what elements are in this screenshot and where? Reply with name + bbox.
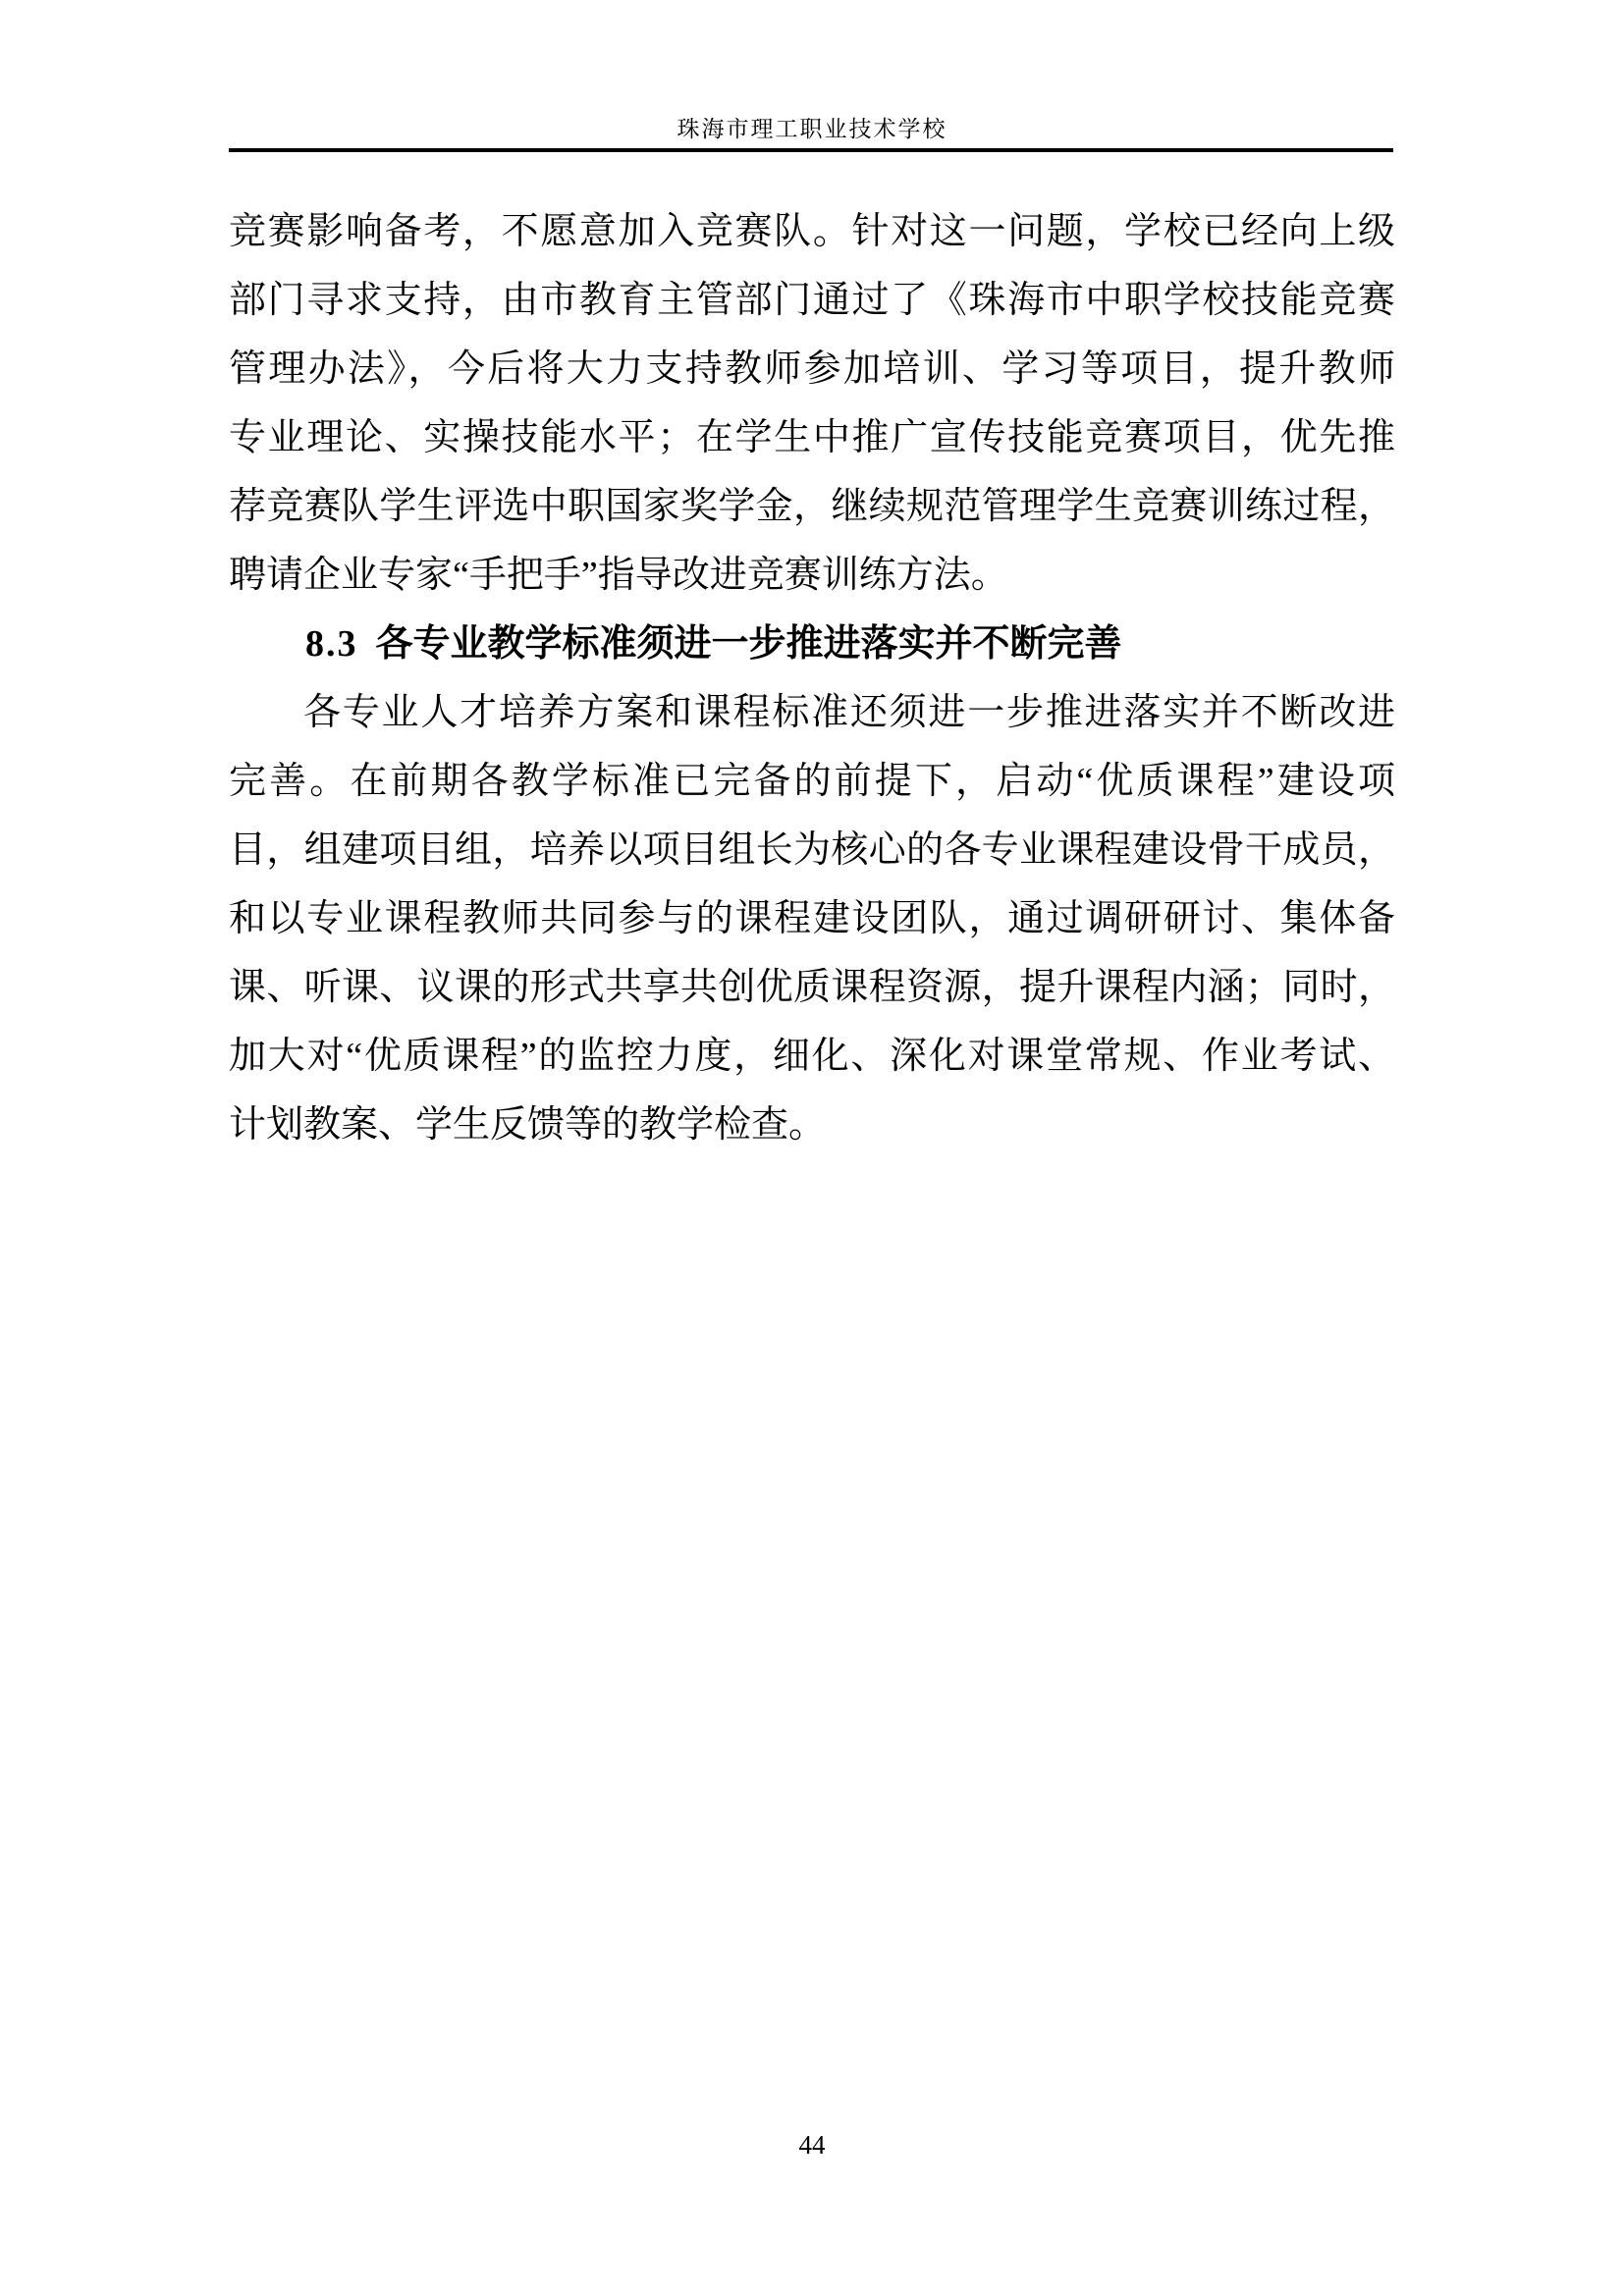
paragraph-1: 竞赛影响备考，不愿意加入竞赛队。针对这一问题，学校已经向上级 部门寻求支持，由市… (229, 197, 1395, 610)
body-line: 专业理论、实操技能水平；在学生中推广宣传技能竞赛项目，优先推 (229, 403, 1395, 472)
body-line: 荐竞赛队学生评选中职国家奖学金，继续规范管理学生竞赛训练过程， (229, 472, 1395, 541)
body-line: 竞赛影响备考，不愿意加入竞赛队。针对这一问题，学校已经向上级 (229, 197, 1395, 266)
body-line: 目，组建项目组，培养以项目组长为核心的各专业课程建设骨干成员， (229, 816, 1395, 884)
body-line: 管理办法》，今后将大力支持教师参加培训、学习等项目，提升教师 (229, 335, 1395, 403)
heading-text: 各专业教学标准须进一步推进落实并不断完善 (376, 623, 1122, 665)
body-line: 各专业人才培养方案和课程标准还须进一步推进落实并不断改进 (229, 678, 1395, 747)
body-line: 完善。在前期各教学标准已完备的前提下，启动“优质课程”建设项 (229, 747, 1395, 816)
page-number: 44 (799, 2130, 826, 2160)
body-line: 聘请企业专家“手把手”指导改进竞赛训练方法。 (229, 541, 1395, 610)
page-footer: 44 (0, 2129, 1624, 2161)
paragraph-2: 各专业人才培养方案和课程标准还须进一步推进落实并不断改进 完善。在前期各教学标准… (229, 678, 1395, 1159)
body-line: 部门寻求支持，由市教育主管部门通过了《珠海市中职学校技能竞赛 (229, 266, 1395, 335)
body-line: 课、听课、议课的形式共享共创优质课程资源，提升课程内涵；同时， (229, 953, 1395, 1022)
header-title: 珠海市理工职业技术学校 (0, 115, 1624, 144)
section-heading: 8.3各专业教学标准须进一步推进落实并不断完善 (229, 610, 1395, 678)
header-rule (229, 148, 1393, 152)
document-body: 竞赛影响备考，不愿意加入竞赛队。针对这一问题，学校已经向上级 部门寻求支持，由市… (229, 197, 1395, 1159)
document-page: 珠海市理工职业技术学校 竞赛影响备考，不愿意加入竞赛队。针对这一问题，学校已经向… (0, 0, 1624, 2296)
body-line: 和以专业课程教师共同参与的课程建设团队，通过调研研讨、集体备 (229, 884, 1395, 953)
heading-number: 8.3 (305, 623, 358, 665)
body-line: 计划教案、学生反馈等的教学检查。 (229, 1091, 1395, 1159)
body-line: 加大对“优质课程”的监控力度，细化、深化对课堂常规、作业考试、 (229, 1022, 1395, 1091)
